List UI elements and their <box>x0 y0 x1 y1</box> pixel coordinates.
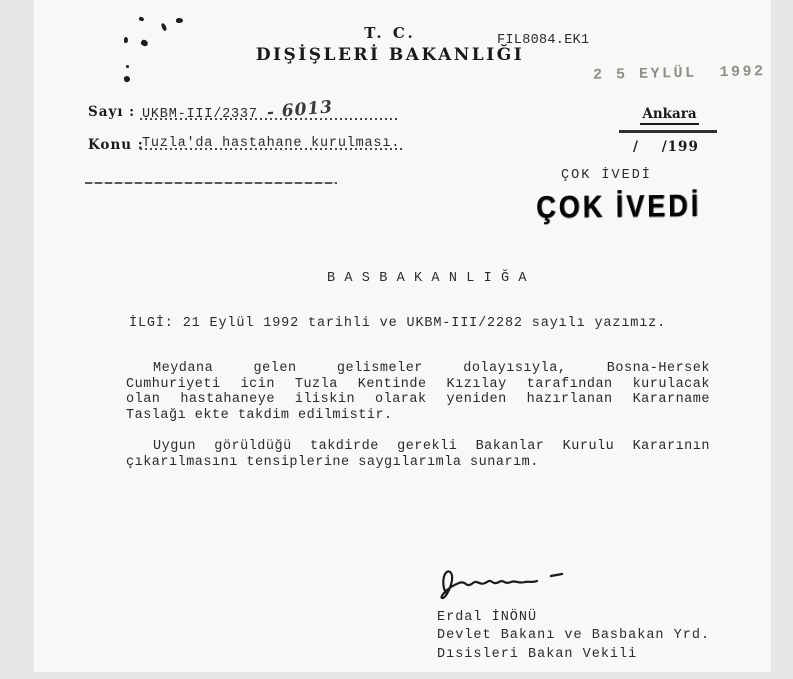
konu-dotted-line: Tuzla'da hastahane kurulması. <box>140 136 404 154</box>
body-line: Cumhuriyeti icin Tuzla Kentinde Kızılay … <box>126 377 710 393</box>
urgency-stamp: ÇOK İVEDİ <box>536 188 701 225</box>
konu-label: Konu : <box>88 137 144 153</box>
date-fill-line: / /199 <box>633 139 699 155</box>
body-paragraph-2: Uygun görüldüğü takdirde gerekli Bakanla… <box>126 439 710 470</box>
scanned-letter: T. C. DIŞİŞLERİ BAKANLIĞI FIL8084.EK1 2 … <box>0 0 793 679</box>
body-line: Taslağı ekte takdim edilmistir. <box>126 408 710 424</box>
body-line: Meydana gelen gelismeler dolayısıyla, Bo… <box>126 361 710 377</box>
reference-line: İLGİ: 21 Eylül 1992 tarihli ve UKBM-III/… <box>129 316 666 331</box>
reference-dashed-rule <box>85 182 337 184</box>
body-paragraph-1: Meydana gelen gelismeler dolayısıyla, Bo… <box>126 361 710 423</box>
document-page <box>34 0 771 672</box>
signatory-title-2: Dısisleri Bakan Vekili <box>437 646 710 664</box>
city-rule <box>619 130 717 133</box>
handwritten-signature <box>435 556 590 604</box>
ink-speck <box>176 18 183 23</box>
signatory-title-1: Devlet Bakanı ve Basbakan Yrd. <box>437 627 710 645</box>
body-line: çıkarılmasını tensiplerine saygılarımla … <box>126 455 710 471</box>
body-line: olan hastahaneye iliskin olarak yeniden … <box>126 392 710 408</box>
city-label: Ankara <box>622 106 717 122</box>
urgency-typed-label: ÇOK İVEDİ <box>561 168 652 183</box>
sayi-number: UKBM-III/2337 <box>142 107 258 122</box>
ink-speck <box>126 65 129 68</box>
sayi-dotted-line: UKBM-III/2337 - 6013 <box>140 102 398 125</box>
signatory-name: Erdal İNÖNÜ <box>437 609 710 627</box>
recipient-line: B A S B A K A N L I Ğ A <box>327 271 527 286</box>
body-line: Uygun görüldüğü takdirde gerekli Bakanla… <box>126 439 710 455</box>
received-date-stamp: 2 5 EYLÜL 1992 <box>593 63 766 84</box>
letterhead-tc: T. C. <box>0 24 780 42</box>
file-reference: FIL8084.EK1 <box>497 33 589 48</box>
konu-value: Tuzla'da hastahane kurulması. <box>140 136 404 154</box>
signature-block: Erdal İNÖNÜ Devlet Bakanı ve Basbakan Yr… <box>437 609 710 664</box>
sayi-value: UKBM-III/2337 - 6013 <box>140 102 398 125</box>
letterhead-ministry: DIŞİŞLERİ BAKANLIĞI <box>0 45 780 65</box>
sayi-handwritten-number: - 6013 <box>266 97 334 123</box>
sayi-label: Sayı : <box>88 104 135 120</box>
